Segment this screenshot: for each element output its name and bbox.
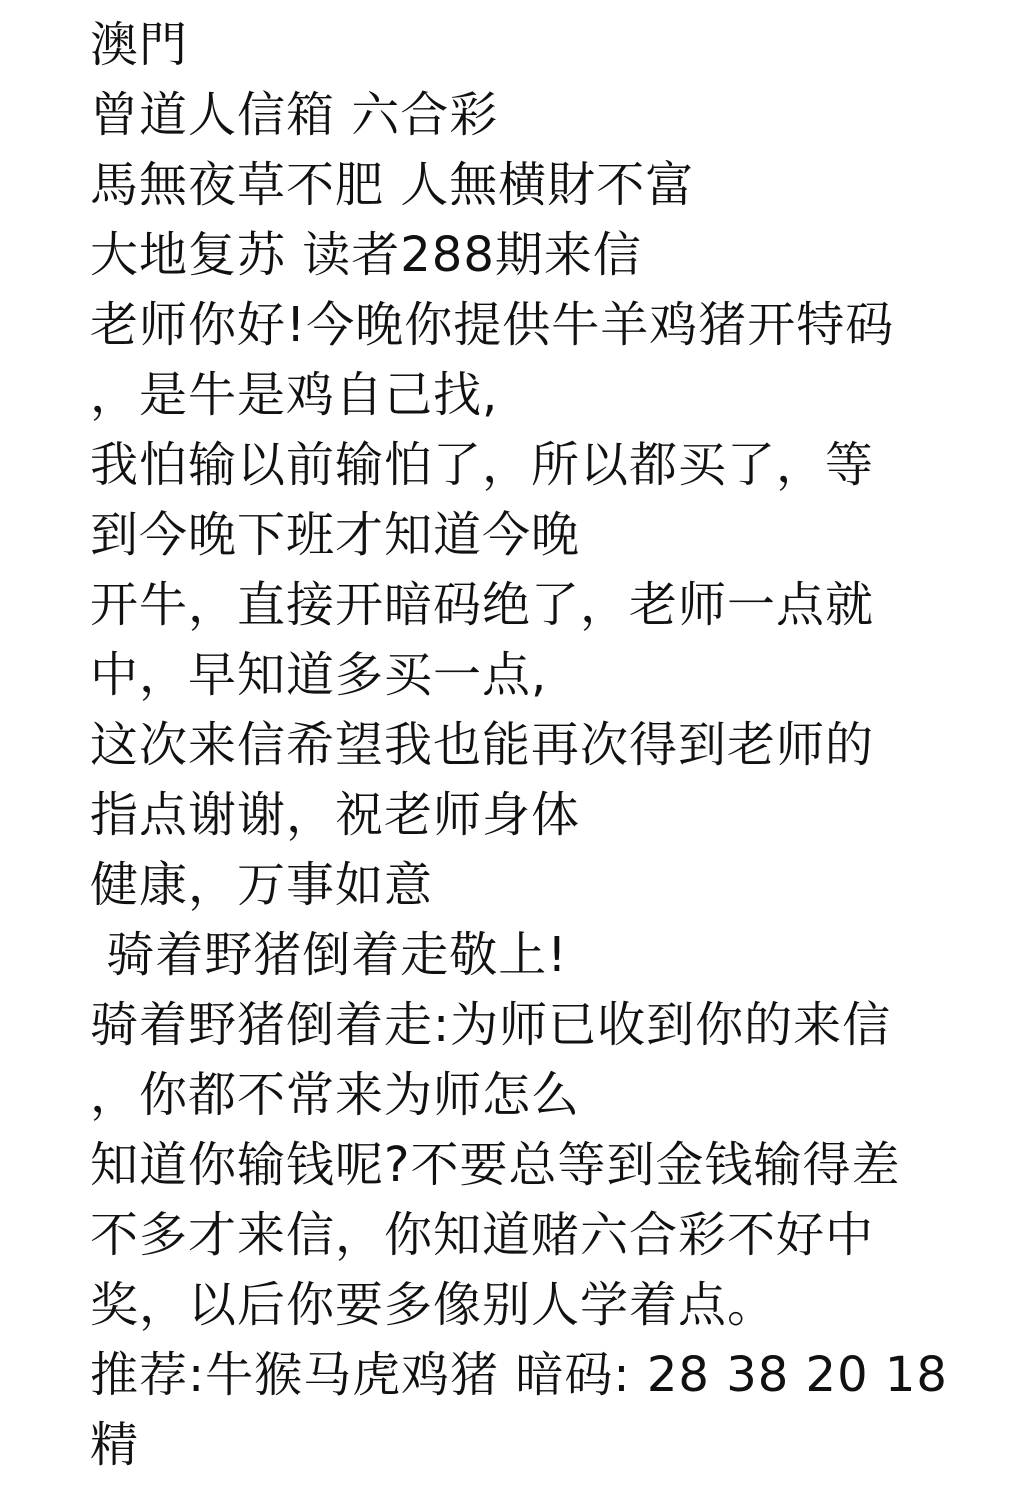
recommendation-line: 推荐:牛猴马虎鸡猪 暗码: 28 38 20 18 [90,1340,990,1410]
issue-line: 大地复苏 读者288期来信 [90,220,990,290]
reply-line: 骑着野猪倒着走:为师已收到你的来信 [90,990,990,1060]
reader-letter-line: 我怕输以前输怕了，所以都买了，等 [90,430,990,500]
motto-line: 馬無夜草不肥 人無横財不富 [90,150,990,220]
reply-line: ，你都不常来为师怎么 [90,1060,990,1130]
reader-letter-line: 这次来信希望我也能再次得到老师的 [90,710,990,780]
reply-line: 不多才来信，你知道赌六合彩不好中 [90,1200,990,1270]
reply-line: 知道你输钱呢?不要总等到金钱输得差 [90,1130,990,1200]
letter-document: 澳門 曾道人信箱 六合彩 馬無夜草不肥 人無横財不富 大地复苏 读者288期来信… [90,10,990,1480]
reader-letter-line: 健康，万事如意 [90,850,990,920]
reader-letter-line: 到今晚下班才知道今晚 [90,500,990,570]
reader-letter-line: 开牛，直接开暗码绝了，老师一点就 [90,570,990,640]
reader-letter-line: ，是牛是鸡自己找, [90,360,990,430]
letter-signature: 骑着野猪倒着走敬上! [90,920,990,990]
location-heading: 澳門 [90,10,990,80]
reader-letter-line: 中，早知道多买一点, [90,640,990,710]
reply-line: 奖，以后你要多像别人学着点。 [90,1270,990,1340]
reader-letter-line: 老师你好!今晚你提供牛羊鸡猪开特码 [90,290,990,360]
column-title: 曾道人信箱 六合彩 [90,80,990,150]
recommendation-tail: 精 [90,1410,990,1480]
reader-letter-line: 指点谢谢，祝老师身体 [90,780,990,850]
